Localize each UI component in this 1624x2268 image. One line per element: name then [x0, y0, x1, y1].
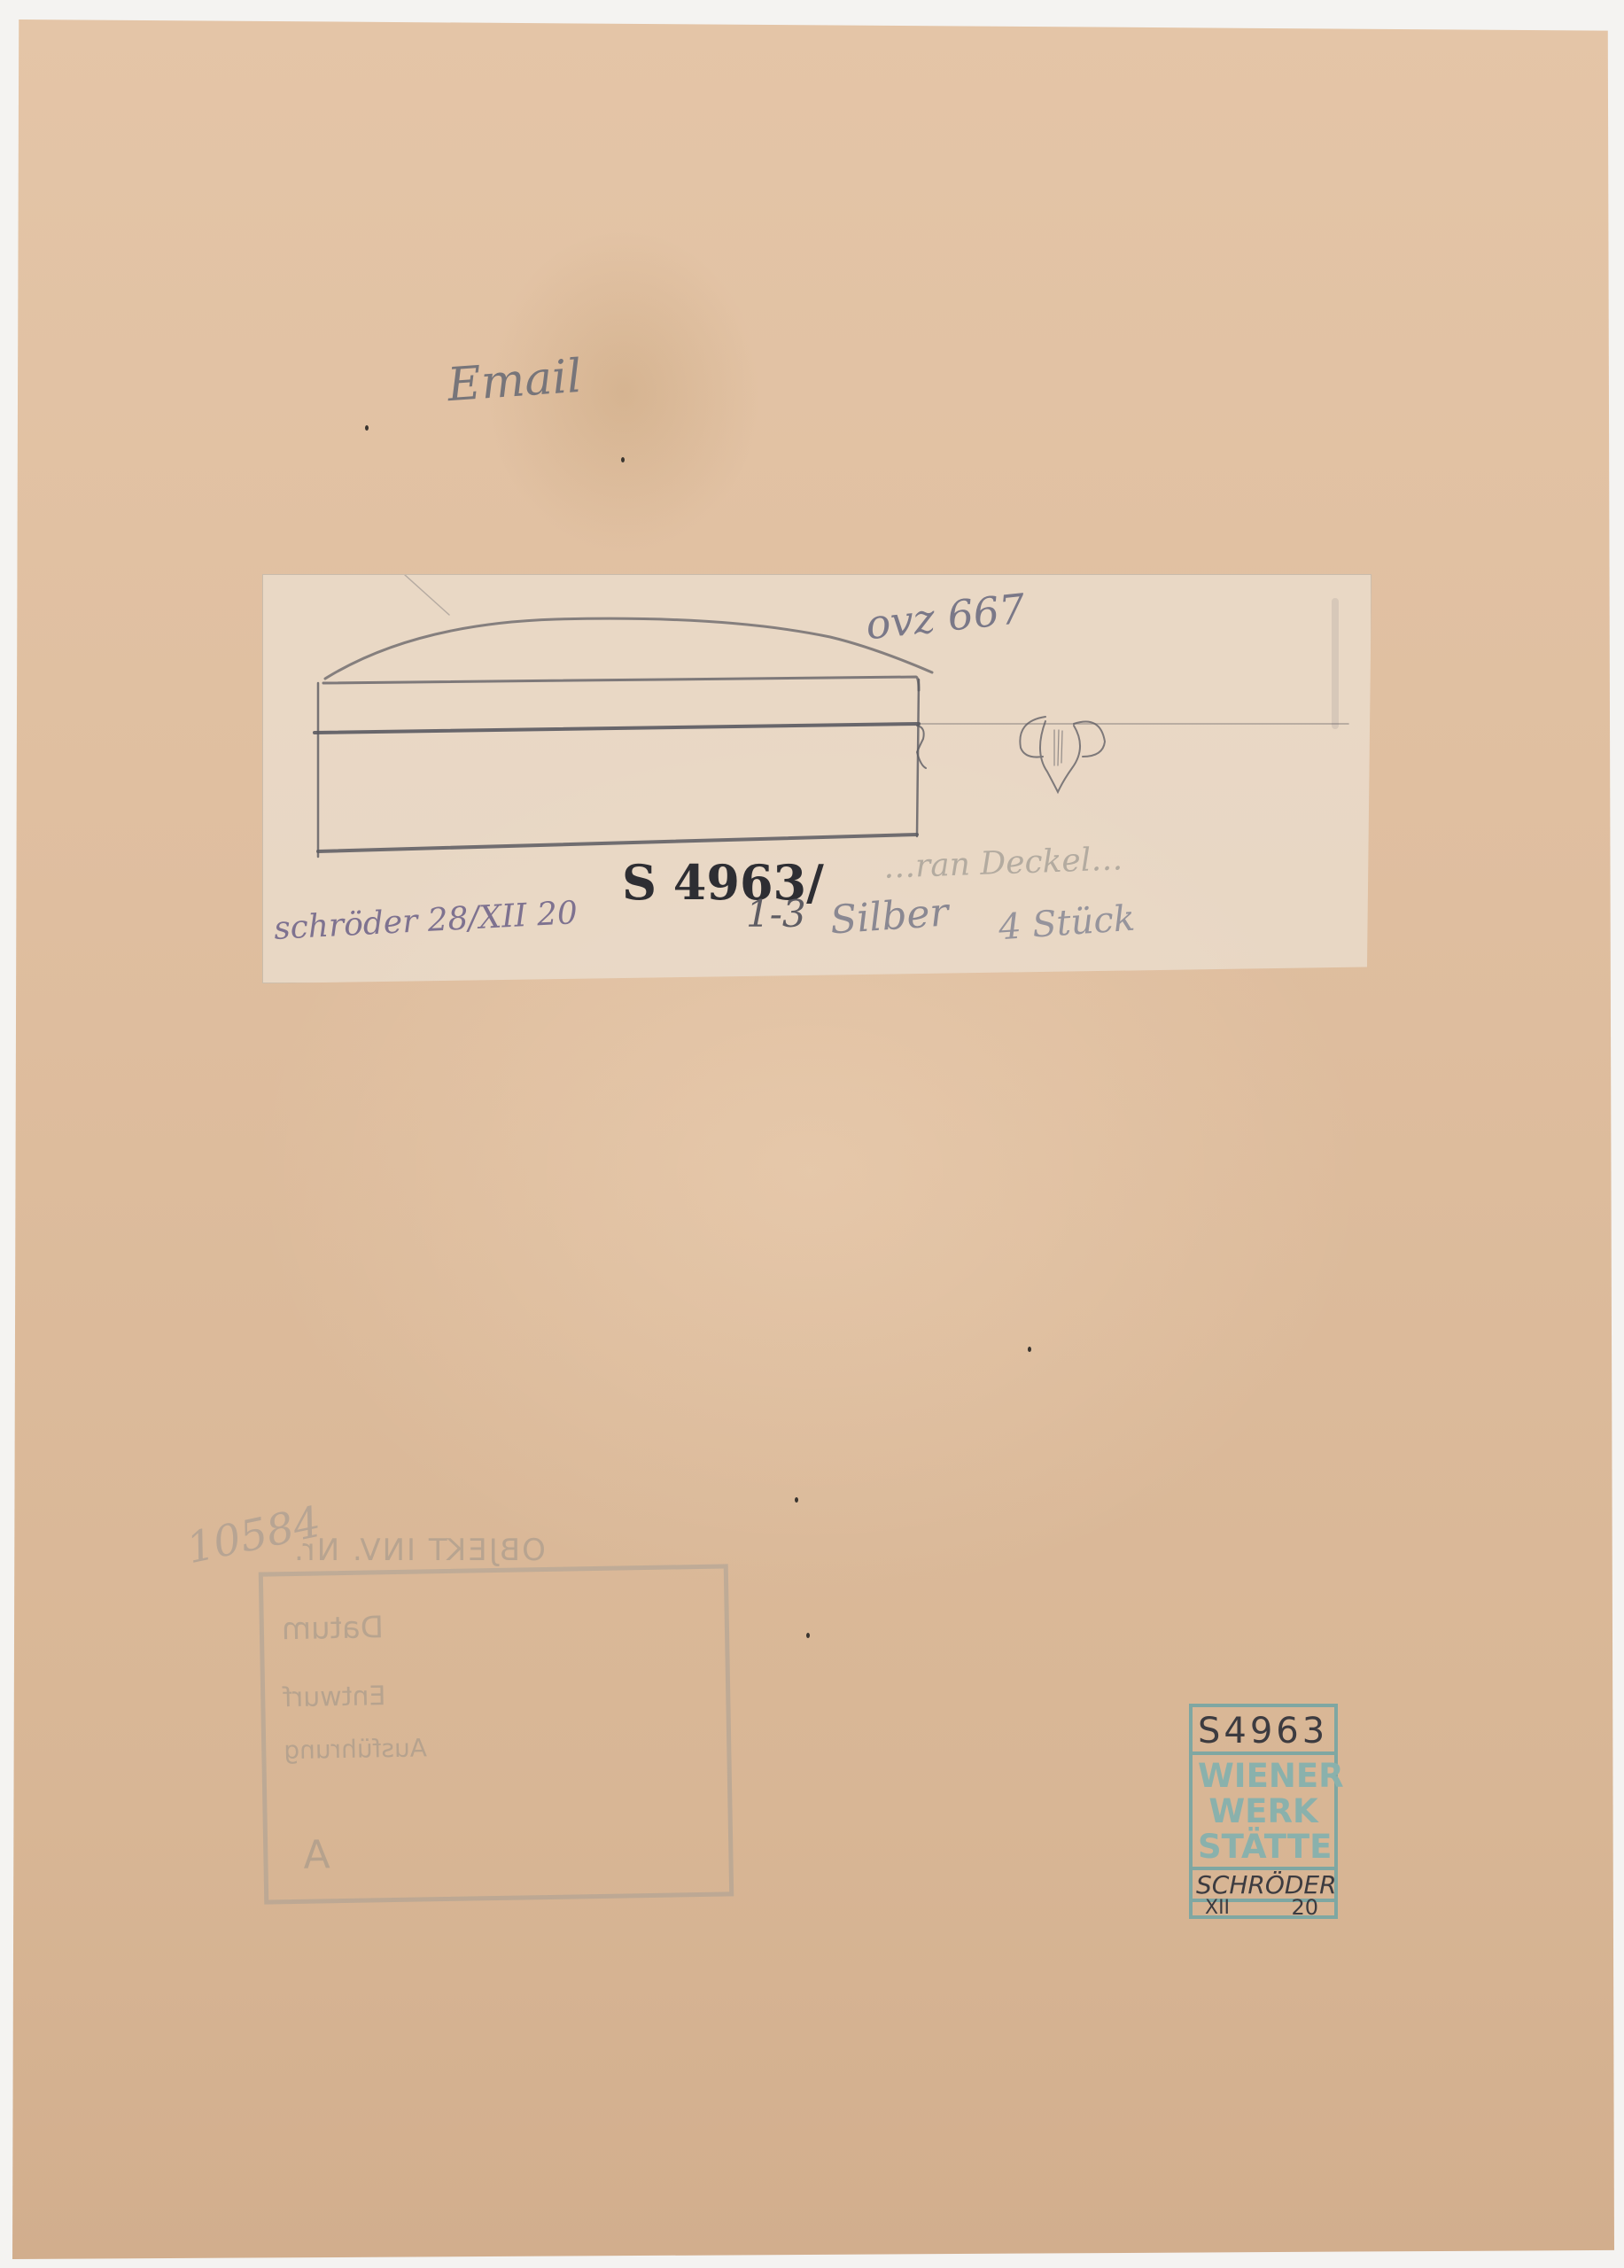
stamp-mark-line: STÄTTE — [1198, 1829, 1329, 1865]
paper-speck — [621, 457, 625, 462]
stamp-mark-line: WERK — [1198, 1794, 1329, 1829]
quantity-code: 1-3 — [746, 892, 806, 936]
ghost-line-letter: A — [303, 1832, 330, 1878]
stamp-year: 20 — [1291, 1895, 1318, 1920]
material-note: Silber — [828, 889, 950, 943]
tracing-paper-overlay: ovz 667 …ran Deckel… S 4963/ schröder 28… — [262, 574, 1371, 983]
ghost-line-execution: Ausführung — [284, 1733, 427, 1765]
paper-speck — [365, 425, 369, 431]
stamp-divider — [1193, 1751, 1334, 1755]
stamp-mark: WIENER WERK STÄTTE — [1198, 1759, 1329, 1865]
technique-note: Email — [446, 350, 583, 412]
ghost-stamp: Datum Entwurf Ausführung A — [259, 1564, 734, 1904]
stamp-mark-line: WIENER — [1198, 1759, 1329, 1794]
stamp-month: XII — [1205, 1897, 1230, 1919]
wiener-werkstaette-stamp: S4963 WIENER WERK STÄTTE SCHRÖDER XII 20 — [1189, 1704, 1338, 1919]
paper-speck — [795, 1497, 798, 1503]
ghost-line-date: Datum — [282, 1610, 385, 1647]
paper-sheet — [12, 19, 1614, 2259]
paper-speck — [806, 1633, 810, 1638]
ghost-stamp-header: OBJEKT INV. Nr. — [292, 1533, 546, 1568]
paper-speck — [1028, 1347, 1031, 1352]
ghost-line-design: Entwurf — [283, 1681, 386, 1713]
stamp-number: S4963 — [1198, 1711, 1331, 1751]
